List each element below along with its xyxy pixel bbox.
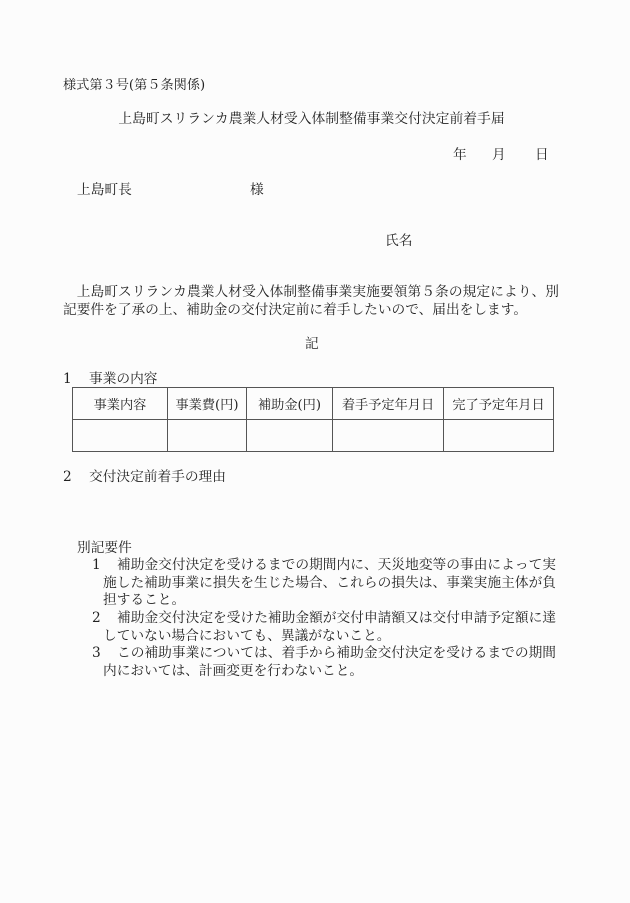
month-label: 月 — [492, 147, 506, 164]
requirement-item: 3 この補助事業については、着手から補助金交付決定を受けるまでの期間内においては… — [92, 645, 556, 680]
form-number: 様式第３号(第５条関係) — [63, 77, 205, 94]
cell-business-content[interactable] — [73, 420, 168, 452]
cell-business-cost[interactable] — [168, 420, 247, 452]
section-2-number: 2 — [63, 469, 89, 486]
ki-heading: 記 — [305, 336, 319, 353]
requirement-item: 1 補助金交付決定を受けるまでの期間内に、天災地変等の事由によって実施した補助事… — [92, 557, 556, 610]
section-2-title: 交付決定前着手の理由 — [89, 469, 226, 485]
addressee-name: 上島町長 — [77, 182, 132, 199]
requirements-heading: 別記要件 — [77, 540, 132, 557]
section-1-number: 1 — [63, 371, 89, 388]
business-content-table: 事業内容 事業費(円) 補助金(円) 着手予定年月日 完了予定年月日 — [72, 387, 554, 452]
header-start-date: 着手予定年月日 — [333, 388, 444, 420]
header-business-content: 事業内容 — [73, 388, 168, 420]
applicant-name-label: 氏名 — [385, 233, 412, 250]
requirement-text: 補助金交付決定を受けた補助金額が交付申請額又は交付申請予定額に達していない場合に… — [103, 610, 556, 645]
requirement-number: 2 — [92, 610, 101, 628]
header-completion-date: 完了予定年月日 — [444, 388, 554, 420]
document-title: 上島町スリランカ農業人材受入体制整備事業交付決定前着手届 — [0, 111, 623, 128]
body-paragraph: 上島町スリランカ農業人材受入体制整備事業実施要領第５条の規定により、別記要件を了… — [63, 284, 559, 319]
header-subsidy: 補助金(円) — [247, 388, 333, 420]
requirement-item: 2 補助金交付決定を受けた補助金額が交付申請額又は交付申請予定額に達していない場… — [92, 610, 556, 645]
cell-subsidy[interactable] — [247, 420, 333, 452]
header-business-cost: 事業費(円) — [168, 388, 247, 420]
requirement-number: 3 — [92, 645, 101, 663]
cell-start-date[interactable] — [333, 420, 444, 452]
requirement-text: この補助事業については、着手から補助金交付決定を受けるまでの期間内においては、計… — [103, 645, 556, 680]
table-row — [73, 420, 554, 452]
requirement-text: 補助金交付決定を受けるまでの期間内に、天災地変等の事由によって実施した補助事業に… — [103, 557, 556, 610]
year-label: 年 — [453, 147, 467, 164]
day-label: 日 — [535, 147, 549, 164]
table-header-row: 事業内容 事業費(円) 補助金(円) 着手予定年月日 完了予定年月日 — [73, 388, 554, 420]
section-2-heading: 2交付決定前着手の理由 — [63, 469, 226, 486]
requirement-number: 1 — [92, 557, 101, 575]
section-1-heading: 1事業の内容 — [63, 371, 157, 388]
cell-completion-date[interactable] — [444, 420, 554, 452]
section-1-title: 事業の内容 — [89, 371, 157, 387]
addressee-honorific: 様 — [250, 182, 264, 199]
